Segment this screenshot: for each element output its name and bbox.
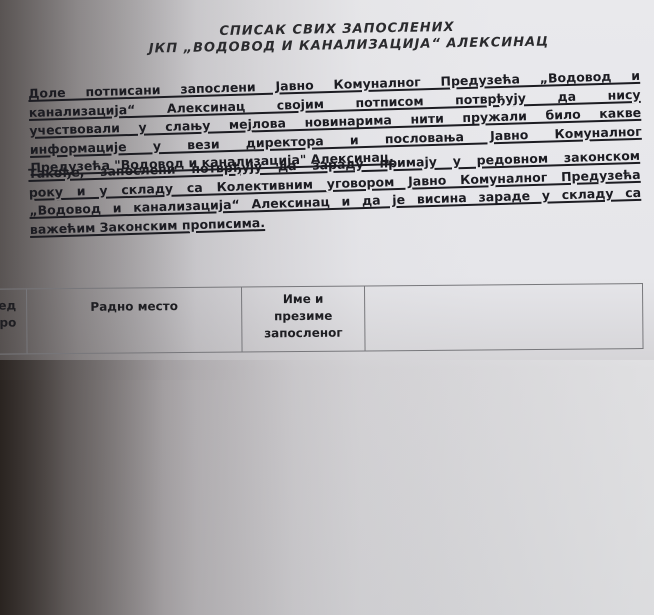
paper-shadow-bottom [0,360,654,615]
column-header-employee-name: Име и презиме запосленог [242,286,366,351]
employee-table-header: ед ро Радно место Име и презиме запослен… [0,283,644,355]
column-header-position: Радно место [27,288,243,354]
header-text: ед ро [0,299,16,330]
column-header-signature [365,284,643,350]
column-header-number: ед ро [0,289,28,354]
header-text: Име и презиме запосленог [264,292,343,341]
photographed-document-page: СПИСАК СВИХ ЗАПОСЛЕНИХ ЈКП „ВОДОВОД И КА… [0,0,654,615]
header-text: Радно место [90,299,178,314]
